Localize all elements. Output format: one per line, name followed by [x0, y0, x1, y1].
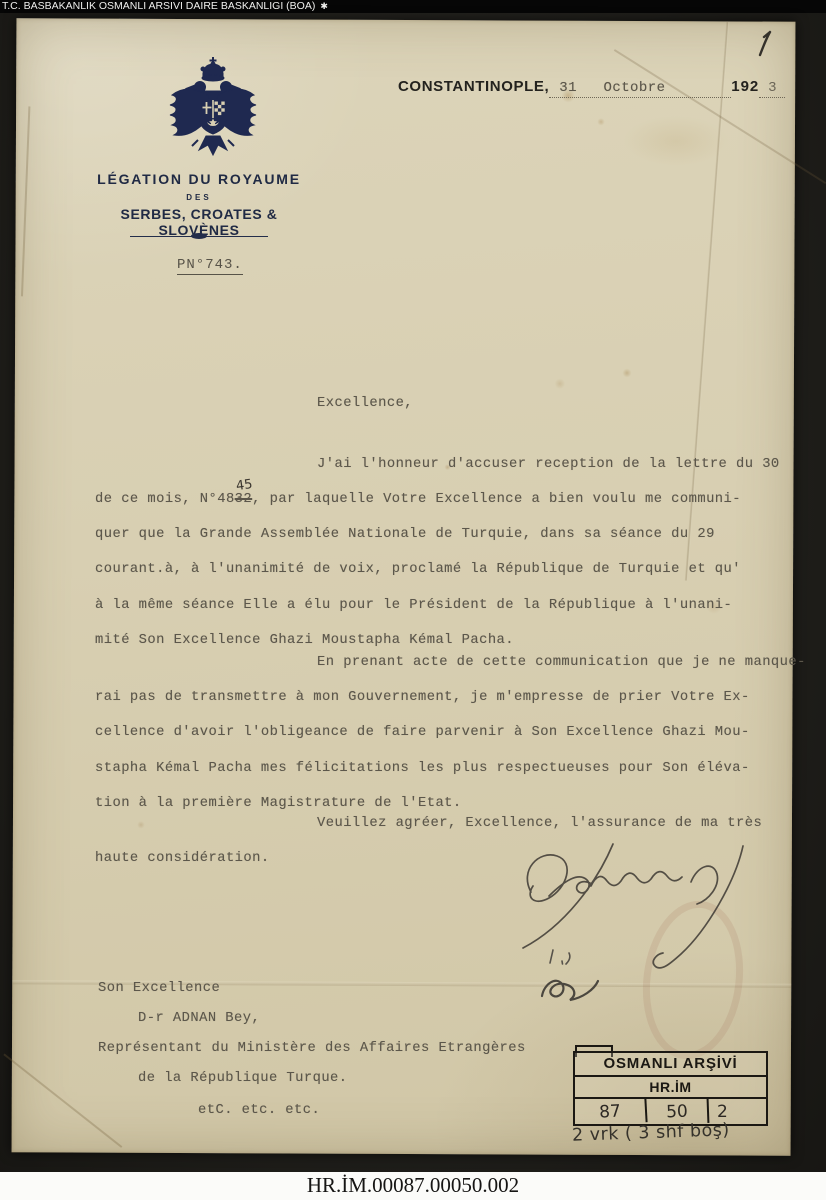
struck-digits: 32	[235, 492, 252, 507]
stamp-title: OSMANLI ARŞİVİ	[575, 1053, 766, 1077]
signature-jivkovitch	[495, 830, 780, 990]
fold-crease-diagonal	[614, 49, 826, 184]
fold-crease-left	[21, 106, 30, 296]
stamp-cell-box: 87	[574, 1097, 647, 1126]
paraph-scribble	[534, 968, 606, 1010]
pencil-tick-marks	[543, 946, 577, 970]
dateline-day-month: 31 Octobre	[549, 80, 731, 98]
body-line: courant.à, à l'unanimité de voix, procla…	[95, 562, 741, 577]
dateline: CONSTANTINOPLE, 31 Octobre 192 3	[398, 78, 785, 98]
scan-footer-bar: HR.İM.00087.00050.002	[0, 1172, 826, 1200]
archival-scan: T.C. BASBAKANLIK OSMANLI ARSIVI DAIRE BA…	[0, 0, 826, 1200]
body-line: J'ai l'honneur d'accuser reception de la…	[317, 457, 780, 472]
scan-header-bar: T.C. BASBAKANLIK OSMANLI ARSIVI DAIRE BA…	[0, 0, 826, 13]
body-line: rai pas de transmettre à mon Gouvernemen…	[95, 690, 750, 705]
body-line: haute considération.	[95, 851, 270, 866]
recipient-line: de la République Turque.	[138, 1071, 348, 1086]
handwritten-page-number	[754, 28, 778, 60]
fold-crease-bottom-left	[3, 1053, 122, 1147]
letterhead-divider	[130, 236, 268, 237]
double-headed-eagle-crest	[165, 56, 261, 162]
body-line: En prenant acte de cette communication q…	[317, 655, 806, 670]
protocol-number: PN°743.	[177, 257, 243, 275]
body-line: quer que la Grande Assemblée Nationale d…	[95, 527, 715, 542]
salutation: Excellence,	[317, 396, 413, 411]
body-text: , par laquelle Votre Excellence a bien v…	[252, 492, 741, 507]
dateline-year-printed: 192	[731, 78, 759, 96]
letterhead-line2: DES	[88, 193, 310, 202]
handwritten-correction: 45	[235, 477, 253, 494]
recipient-line: Représentant du Ministère des Affaires E…	[98, 1041, 526, 1056]
body-line-with-correction: de ce mois, N°483245, par laquelle Votre…	[95, 492, 741, 507]
body-line: mité Son Excellence Ghazi Moustapha Kéma…	[95, 633, 514, 648]
letterhead-line1: LÉGATION DU ROYAUME	[88, 171, 310, 187]
stamp-fond: HR.İM	[575, 1077, 766, 1099]
archive-title: T.C. BASBAKANLIK OSMANLI ARSIVI DAIRE BA…	[2, 0, 315, 12]
body-line: Veuillez agréer, Excellence, l'assurance…	[317, 816, 762, 831]
dateline-city: CONSTANTINOPLE,	[398, 78, 549, 95]
body-line: stapha Kémal Pacha mes félicitations les…	[95, 761, 750, 776]
recipient-line: etC. etc. etc.	[198, 1103, 320, 1118]
stamp-number-row: 87 50 2	[575, 1099, 766, 1124]
recipient-line: D-r ADNAN Bey,	[138, 1011, 260, 1026]
ornament-icon: ✱	[320, 1, 328, 11]
archive-stamp: OSMANLI ARŞİVİ HR.İM 87 50 2	[573, 1051, 768, 1126]
document-reference: HR.İM.00087.00050.002	[307, 1173, 519, 1197]
body-line: tion à la première Magistrature de l'Eta…	[95, 796, 462, 811]
body-line: à la même séance Elle a élu pour le Prés…	[95, 598, 732, 613]
body-text: de ce mois, N°48	[95, 492, 235, 507]
recipient-line: Son Excellence	[98, 981, 220, 996]
corrected-number: 3245	[235, 492, 252, 507]
body-line: cellence d'avoir l'obligeance de faire p…	[95, 725, 750, 740]
dateline-year-digit: 3	[759, 80, 785, 98]
letter-body: Excellence, J'ai l'honneur d'accuser rec…	[95, 390, 785, 890]
